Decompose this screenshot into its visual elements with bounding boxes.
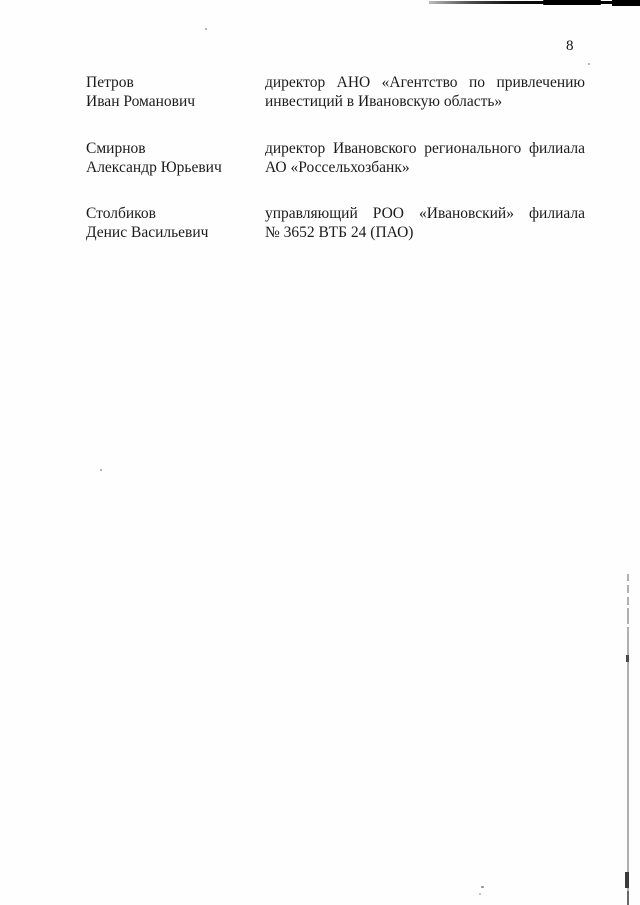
name-line: Столбиков — [86, 205, 265, 224]
name-line: Денис Васильевич — [86, 224, 265, 243]
scan-artifact-line-gap — [627, 593, 629, 597]
document-page: 8 Петров Иван Романович директор АНО «Аг… — [0, 0, 640, 905]
scan-speck — [205, 28, 207, 30]
name-line: Иван Романович — [86, 93, 265, 112]
position-line: директор АНО «Агентство по привлечению — [265, 74, 585, 93]
scan-artifact-dark-tick — [625, 872, 629, 888]
signatory-position: директор Ивановского регионального филиа… — [265, 140, 585, 177]
position-line: АО «Россельхозбанк» — [265, 159, 585, 178]
scan-artifact-top-strip-blob — [543, 0, 601, 5]
scan-speck — [588, 63, 590, 65]
signatory-position: управляющий РОО «Ивановский» филиала № 3… — [265, 205, 585, 242]
position-line: инвестиций в Ивановскую область» — [265, 93, 585, 112]
signatory-name: Столбиков Денис Васильевич — [86, 205, 265, 242]
scan-speck — [100, 469, 102, 471]
name-line: Александр Юрьевич — [86, 159, 265, 178]
scan-artifact-top-strip-blob — [612, 0, 640, 6]
signatory-entry: Петров Иван Романович директор АНО «Аген… — [86, 74, 585, 111]
signatory-name: Смирнов Александр Юрьевич — [86, 140, 265, 177]
signatory-entry: Столбиков Денис Васильевич управляющий Р… — [86, 205, 585, 242]
name-line: Петров — [86, 74, 265, 93]
scan-artifact-top-strip — [429, 1, 640, 4]
scan-artifact-line-gap — [627, 581, 629, 585]
scan-artifact-line-gap — [627, 605, 629, 608]
signatory-entry: Смирнов Александр Юрьевич директор Ивано… — [86, 140, 585, 177]
position-line: № 3652 ВТБ 24 (ПАО) — [265, 224, 585, 243]
name-line: Смирнов — [86, 140, 265, 159]
scan-artifact-dark-tick — [626, 655, 629, 662]
scan-speck — [479, 893, 481, 895]
page-number: 8 — [566, 37, 574, 55]
scan-artifact-dark-tick — [627, 891, 629, 905]
scan-speck — [481, 886, 484, 888]
position-line: директор Ивановского регионального филиа… — [265, 140, 585, 159]
position-line: управляющий РОО «Ивановский» филиала — [265, 205, 585, 224]
scan-artifact-line-gap — [627, 624, 629, 627]
signatory-name: Петров Иван Романович — [86, 74, 265, 111]
signatory-position: директор АНО «Агентство по привлечению и… — [265, 74, 585, 111]
